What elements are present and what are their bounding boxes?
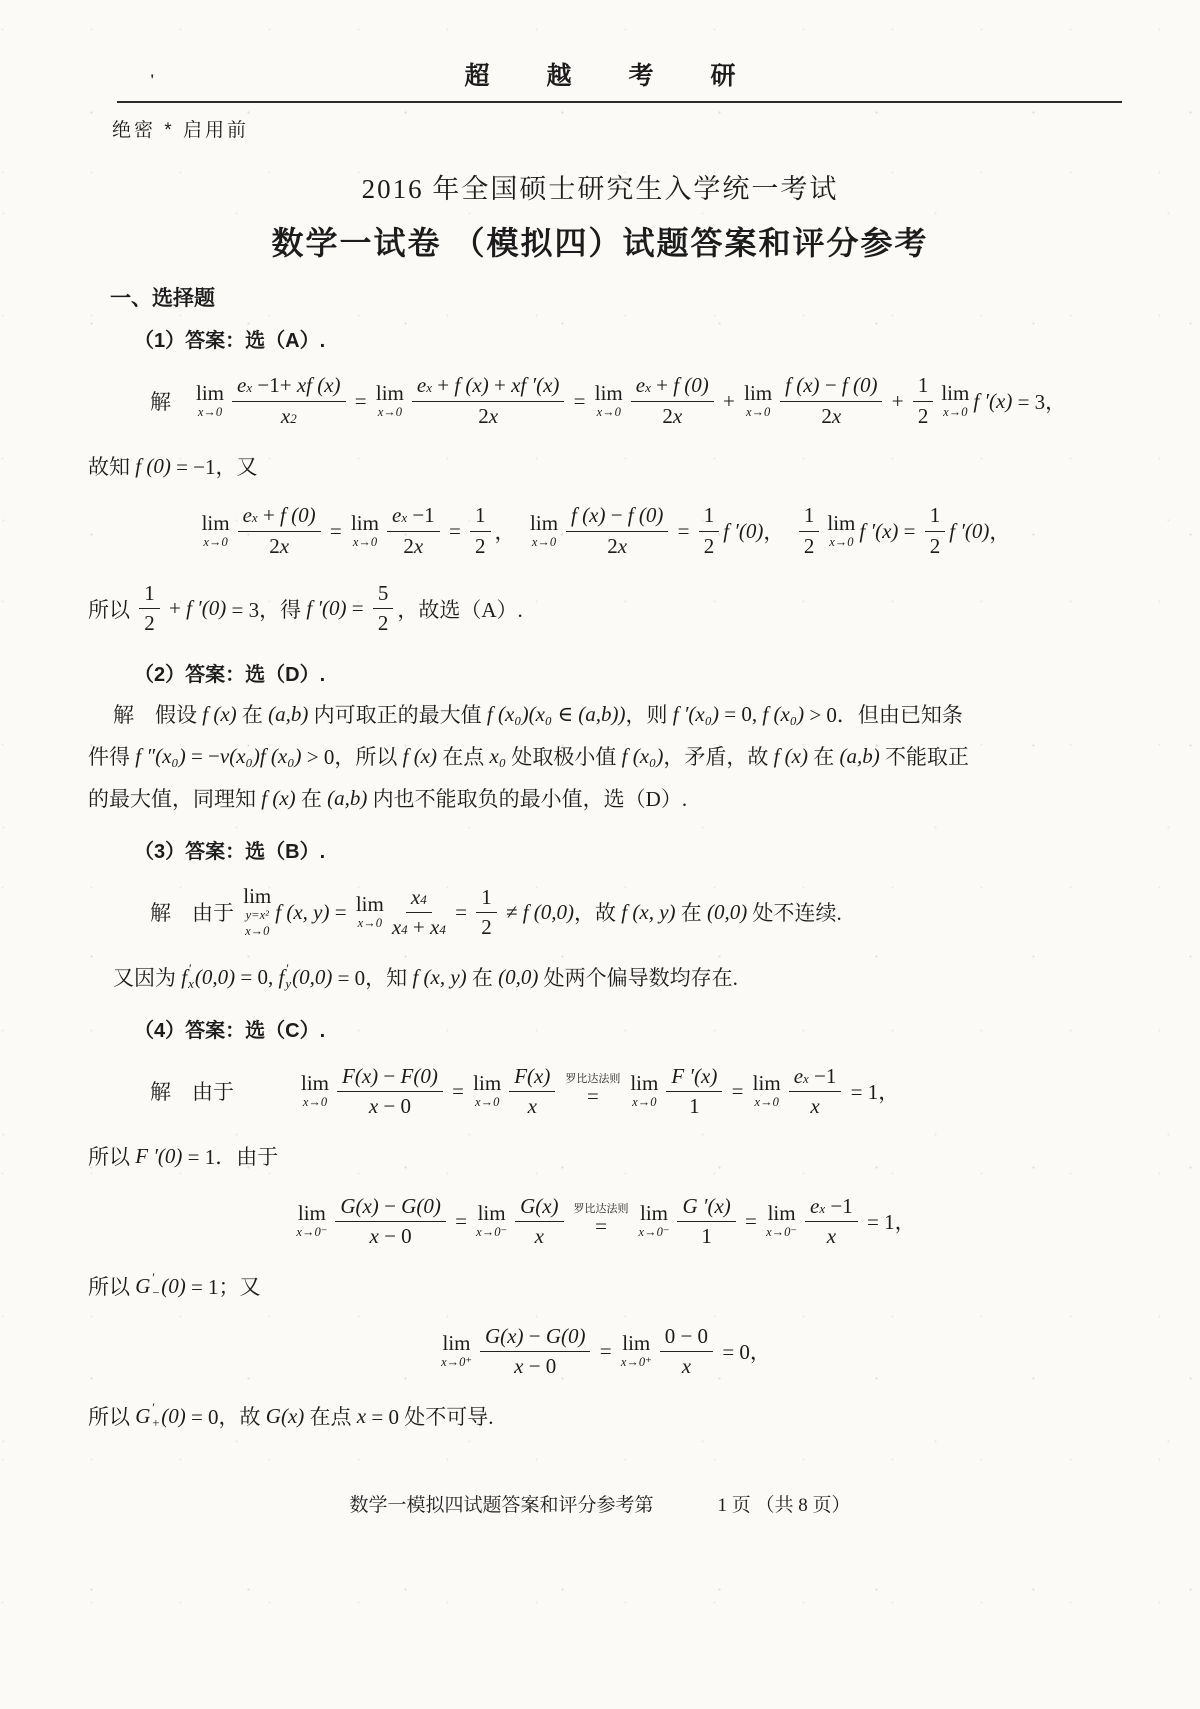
header-rule [117, 101, 1122, 103]
line-para: 所以 12 + f ′(0) = 3，得 f ′(0) = 52，故选（A）. [88, 581, 1120, 636]
line-answer: （1）答案：选（A）. [134, 324, 1120, 353]
line-eqc: limx→0⁻G(x) − G(0)x − 0 = limx→0⁻G(x)x罗比… [88, 1183, 1120, 1259]
line-eqc: limx→0⁺G(x) − G(0)x − 0 = limx→0⁺0 − 0x … [88, 1313, 1120, 1389]
line-eq: 解 由于 limx→0F(x) − F(0)x − 0 = limx→0F(x)… [88, 1053, 1120, 1129]
line-para: 件得 f ″(x₀) = −v(x₀)f (x₀) > 0，所以 f (x) 在… [88, 741, 1120, 771]
line-para: 所以 F ′(0) = 1．由于 [88, 1141, 1120, 1171]
scanned-exam-page: ' 超越考研 绝密 * 启用前 2016 年全国硕士研究生入学统一考试 数学一试… [0, 0, 1200, 1709]
line-eqc: limx→0ex + f (0)2x = limx→0ex −12x = 12，… [88, 493, 1120, 569]
line-answer: （3）答案：选（B）. [134, 835, 1120, 864]
line-eq: 解 limx→0ex −1+ xf (x)x2 = limx→0ex + f (… [88, 363, 1120, 439]
line-answer: （4）答案：选（C）. [134, 1014, 1120, 1043]
line-para: 所以 G′−(0) = 1；又 [88, 1271, 1120, 1301]
footer-text: 数学一模拟四试题答案和评分参考第 [349, 1490, 653, 1517]
page-footer: 数学一模拟四试题答案和评分参考第 1 页 （共 8 页） [0, 1490, 1200, 1517]
line-eq: 解 由于 limy=x²x→0f (x, y) = limx→0x4x4 + x… [88, 874, 1120, 950]
line-para: 故知 f (0) = −1，又 [88, 451, 1120, 481]
footer-page-number: 1 页 （共 8 页） [718, 1490, 851, 1517]
classification-notice: 绝密 * 启用前 [112, 115, 249, 142]
line-answer: （2）答案：选（D）. [134, 658, 1120, 687]
line-para1: 又因为 f′x(0,0) = 0, f′y(0,0) = 0，知 f (x, y… [88, 962, 1120, 992]
document-lines: （1）答案：选（A）.解 limx→0ex −1+ xf (x)x2 = lim… [88, 302, 1120, 1443]
brand-header: 超越考研 [0, 56, 1200, 92]
line-para1: 解 假设 f (x) 在 (a,b) 内可取正的最大值 f (x₀)(x₀ ∈ … [88, 699, 1120, 729]
line-para: 所以 G′+(0) = 0，故 G(x) 在点 x = 0 处不可导. [88, 1401, 1120, 1431]
line-para: 的最大值，同理知 f (x) 在 (a,b) 内也不能取负的最小值，选（D）. [88, 783, 1120, 813]
exam-title: 2016 年全国硕士研究生入学统一考试 [0, 167, 1200, 206]
paper-title: 数学一试卷 （模拟四）试题答案和评分参考 [0, 218, 1200, 264]
